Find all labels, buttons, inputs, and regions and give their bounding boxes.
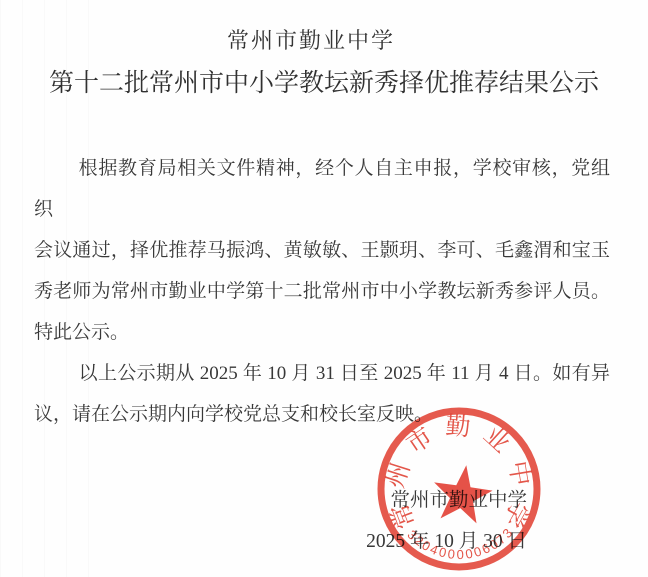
signature-block: 常州市勤业中学 2025 年 10 月 30 日 [0,480,648,562]
recommendation-line-2: 会议通过，择优推荐马振鸿、黄敏敏、王颢玥、李可、毛鑫渭和宝玉 [34,230,610,271]
notice-body: 根据教育局相关文件精神，经个人自主申报，学校审核，党组织 会议通过，择优推荐马振… [0,148,648,435]
recommendation-line-3: 秀老师为常州市勤业中学第十二批常州市中小学教坛新秀参评人员。 [34,271,610,312]
recommendation-line-1: 根据教育局相关文件精神，经个人自主申报，学校审核，党组织 [34,148,610,230]
signature-date: 2025 年 10 月 30 日 [0,521,527,562]
notice-main-title: 第十二批常州市中小学教坛新秀择优推荐结果公示 [0,66,648,102]
period-line-1: 以上公示期从 2025 年 10 月 31 日至 2025 年 11 月 4 日… [34,353,610,394]
period-line-2: 议，请在公示期内向学校党总支和校长室反映。 [34,394,610,435]
recommendation-line-4: 特此公示。 [34,312,610,353]
school-title: 常州市勤业中学 [0,26,635,56]
signature-school-name: 常州市勤业中学 [0,480,527,521]
notice-document: 常州市勤业中学 第十二批常州市中小学教坛新秀择优推荐结果公示 根据教育局相关文件… [0,0,648,577]
